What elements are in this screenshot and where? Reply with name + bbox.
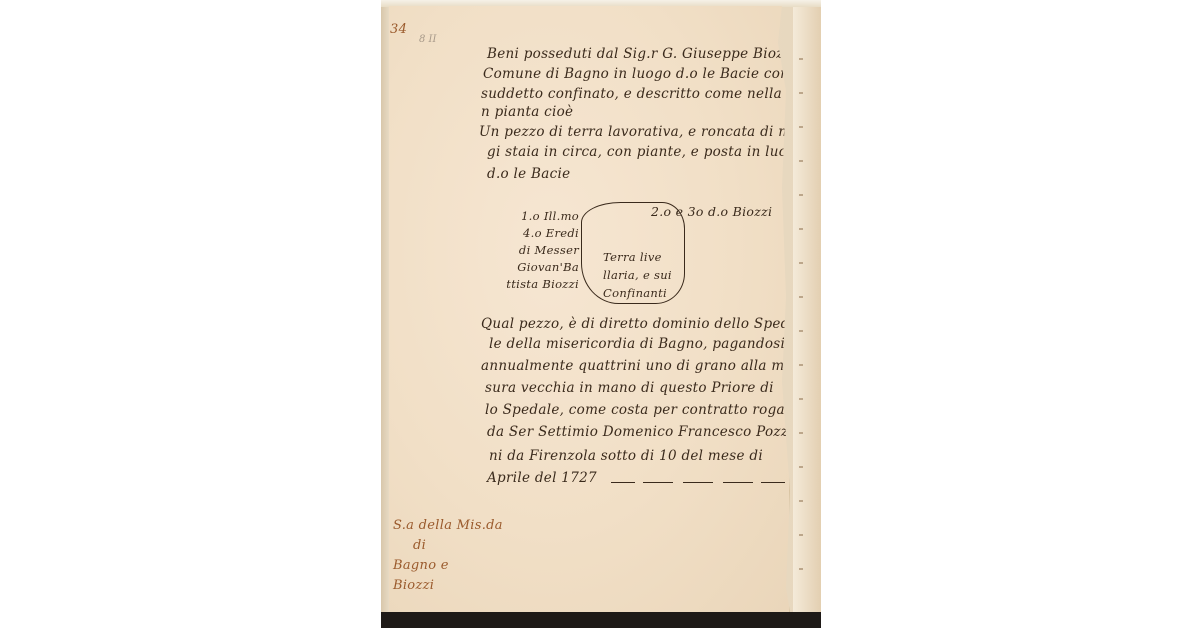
plot-label-line-2: llaria, e sui (603, 266, 672, 284)
left-label-line-5: ttista Biozzi (501, 276, 579, 293)
item-line-2: gi staia in circa, con piante, e posta i… (487, 142, 805, 163)
left-label-line-3: di Messer (501, 242, 579, 259)
body-line-3: annualmente quattrini uno di grano alla … (481, 356, 794, 377)
manuscript-scan: 34 8 II Beni posseduti dal Sig.r G. Gius… (381, 0, 821, 628)
plot-neighbor-top-right: 2.o e 3o d.o Biozzi (651, 204, 772, 219)
item-line-3: d.o le Bacie (487, 164, 570, 185)
heading-line-4: n pianta cioè (481, 102, 573, 123)
plot-label-line-1: Terra live (603, 248, 672, 266)
fill-dash (723, 482, 753, 483)
facing-page-edge (793, 0, 821, 618)
fill-dash (683, 482, 713, 483)
body-line-4: sura vecchia in mano di questo Priore di (485, 378, 774, 399)
left-label-line-1: 1.o Ill.mo (501, 208, 579, 225)
margin-note-line-1: S.a della Mis.da (393, 516, 503, 536)
plot-neighbor-left: 1.o Ill.mo 4.o Eredi di Messer Giovan'Ba… (501, 208, 579, 293)
body-line-5: lo Spedale, come costa per contratto rog… (485, 400, 799, 421)
fill-dash (643, 482, 673, 483)
item-line-1: Un pezzo di terra lavorativa, e roncata … (479, 122, 813, 143)
body-line-1: Qual pezzo, è di diretto dominio dello S… (481, 314, 803, 335)
body-line-6: da Ser Settimio Domenico Francesco Pozza… (487, 422, 821, 443)
top-edge (381, 0, 821, 7)
margin-note-line-3: Bagno e (393, 556, 503, 576)
body-line-2: le della misericordia di Bagno, pagandos… (489, 334, 785, 355)
fill-dash (761, 482, 785, 483)
bleed-through-marks (799, 40, 803, 600)
plot-label-line-3: Confinanti (603, 284, 672, 302)
body-line-8: Aprile del 1727 (487, 468, 597, 489)
left-label-line-2: 4.o Eredi (501, 225, 579, 242)
manuscript-leaf: 34 8 II Beni posseduti dal Sig.r G. Gius… (389, 6, 790, 612)
heading-line-2: Comune di Bagno in luogo d.o le Bacie co… (483, 64, 820, 85)
margin-note-line-2: di (393, 536, 503, 556)
left-label-line-4: Giovan'Ba (501, 259, 579, 276)
scan-bottom-border (381, 612, 821, 628)
body-line-7: ni da Firenzola sotto di 10 del mese di (489, 446, 763, 467)
margin-note: S.a della Mis.da di Bagno e Biozzi (393, 516, 503, 596)
plot-label: Terra live llaria, e sui Confinanti (603, 248, 672, 302)
margin-note-line-4: Biozzi (393, 576, 503, 596)
fill-dash (611, 482, 635, 483)
pencil-shelf-mark: 8 II (419, 34, 436, 45)
heading-line-1: Beni posseduti dal Sig.r G. Giuseppe Bio… (487, 44, 821, 65)
folio-number: 34 (390, 22, 407, 37)
